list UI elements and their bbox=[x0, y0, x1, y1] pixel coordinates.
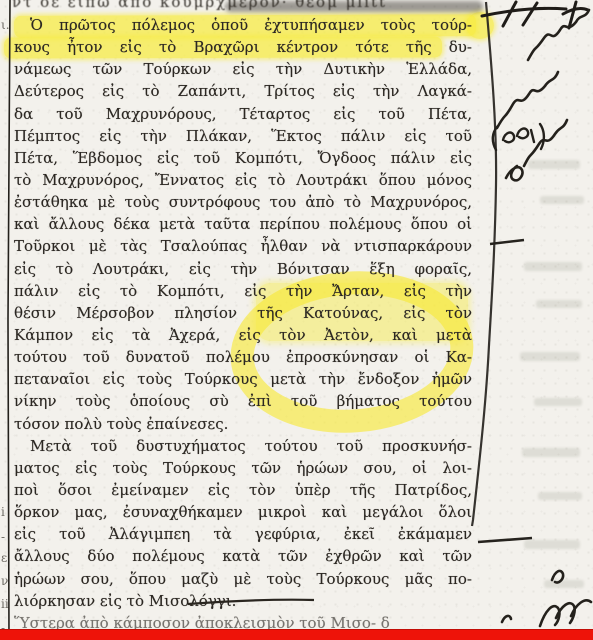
scanned-document-page: ντ δε ειπω απο κουμρχμερον· θεομ μlitt Ὁ… bbox=[0, 0, 593, 640]
red-progress-bar[interactable] bbox=[0, 629, 593, 640]
